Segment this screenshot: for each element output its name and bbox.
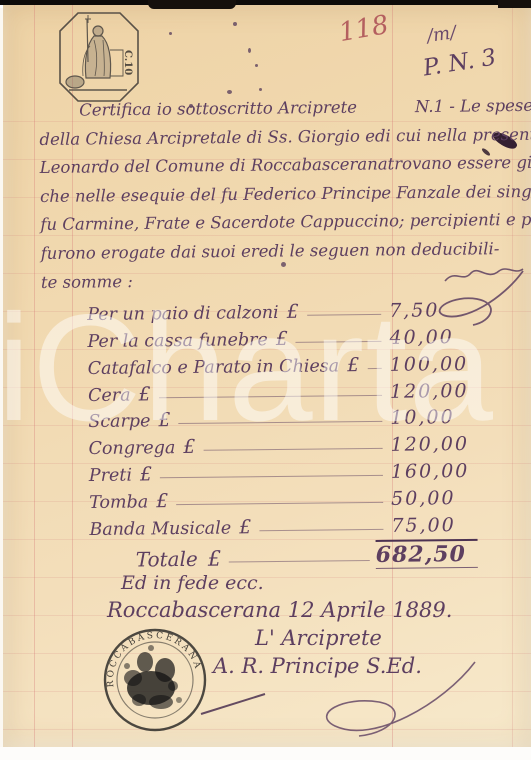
expense-amount: 75,00: [391, 514, 477, 537]
photo-edge-left: [0, 8, 3, 760]
ink-speck: [259, 88, 262, 91]
ink-speck: [227, 90, 232, 94]
expense-row: Congrega £ 120,00: [88, 428, 476, 459]
lira-sign: £: [138, 383, 150, 405]
ledger-vertical-rule: [34, 4, 35, 747]
lira-sign: £: [156, 490, 168, 512]
photo-edge-bottom: [0, 747, 531, 760]
ruled-dash: [259, 529, 383, 531]
total-label: Totale: [90, 547, 198, 572]
lira-sign: £: [158, 410, 170, 432]
expense-row: Cera £ 120,00: [88, 375, 476, 406]
ruled-dash: [159, 394, 382, 397]
expense-label: Catafalco e Parato in Chiesa: [88, 356, 340, 379]
expense-label: Preti: [89, 466, 132, 486]
body-line-right: N.1 - Le spese: [415, 92, 531, 122]
expense-amount: 10,00: [390, 406, 476, 429]
stamp-emblem-horseman: [124, 645, 182, 709]
ruled-dash: [203, 448, 382, 451]
expense-row: Banda Musicale £ 75,00: [89, 509, 477, 540]
expense-label: Tomba: [89, 492, 148, 513]
expense-label: Scarpe: [88, 412, 150, 433]
scanned-document-photo: C.10 118 /m/ P. N. 3 Certifica io sottos…: [0, 0, 531, 760]
expense-amount: 7,50: [389, 299, 475, 322]
ruled-dash: [176, 502, 383, 505]
ruled-dash: [296, 341, 382, 343]
expense-amount: 160,00: [391, 460, 477, 483]
expense-row: Per un paio di calzoni £ 7,50: [87, 294, 475, 325]
body-line-left: furono erogate dai suoi eredi le seguen …: [40, 235, 499, 268]
fede-line: Ed in fede ecc.: [121, 572, 264, 594]
expense-amount: 120,00: [390, 433, 476, 456]
expense-label: Per un paio di calzoni: [87, 303, 279, 325]
photo-edge-corner: [498, 0, 531, 8]
manuscript-page: C.10 118 /m/ P. N. 3 Certifica io sottos…: [3, 4, 531, 747]
photo-edge-tear: [148, 0, 236, 9]
margin-mark-m: /m/: [426, 22, 458, 47]
signer-role: L' Arciprete: [255, 626, 382, 650]
body-line-left: te somme :: [41, 268, 133, 298]
lira-sign: £: [276, 328, 288, 350]
ruled-dash: [179, 421, 383, 424]
ruled-dash: [160, 475, 383, 478]
expense-label: Cera: [88, 385, 131, 405]
lira-sign: £: [239, 516, 251, 538]
ink-speck: [233, 22, 237, 26]
expense-row: Per la cassa funebre £ 40,00: [87, 321, 475, 352]
lira-sign: £: [287, 301, 299, 323]
total-amount: 682,50: [376, 539, 478, 569]
lira-sign: £: [140, 464, 152, 486]
signature-flourish: [193, 652, 493, 760]
ruled-dash: [367, 368, 381, 369]
page-number: 118: [337, 10, 391, 48]
allegorical-figure: [66, 15, 127, 90]
lira-sign: £: [208, 547, 222, 571]
expense-amount: 100,00: [390, 353, 476, 376]
expense-row: Scarpe £ 10,00: [88, 401, 476, 432]
expense-amount: 120,00: [390, 379, 476, 402]
ink-speck: [248, 48, 251, 53]
place-date-line: Roccabascerana 12 Aprile 1889.: [107, 598, 452, 622]
expense-row: Preti £ 160,00: [89, 455, 477, 486]
ink-speck: [169, 32, 172, 35]
ruled-dash: [229, 560, 370, 562]
photo-edge-top: [0, 0, 531, 5]
ruled-dash: [307, 314, 381, 316]
revenue-stamp-value: C.10: [122, 50, 133, 75]
expense-amount: 40,00: [389, 326, 475, 349]
lira-sign: £: [183, 436, 195, 458]
body-line-right: trovano essere già: [387, 149, 531, 179]
revenue-stamp: C.10: [57, 10, 141, 104]
expense-row: Tomba £ 50,00: [89, 482, 477, 513]
protocol-mark: P. N. 3: [421, 44, 498, 81]
lira-sign: £: [347, 354, 359, 376]
body-line-left: della Chiesa Arcipretale di Ss. Giorgio …: [39, 122, 375, 154]
expense-label: Banda Musicale: [89, 519, 231, 540]
expense-label: Per la cassa funebre: [87, 330, 268, 352]
expense-label: Congrega: [88, 438, 175, 459]
expense-amount: 50,00: [391, 487, 477, 510]
ink-speck: [255, 64, 258, 67]
body-line-right: di cui nella presente: [375, 120, 531, 150]
body-line-left: Leonardo del Comune di Roccabascerana: [40, 151, 388, 183]
expense-list: Per un paio di calzoni £ 7,50 Per la cas…: [87, 294, 478, 572]
total-row: Totale £ 682,50: [90, 538, 478, 572]
body-line-left: Certifica io sottoscritto Arciprete: [79, 94, 357, 126]
expense-row: Catafalco e Parato in Chiesa £ 100,00: [88, 348, 476, 379]
